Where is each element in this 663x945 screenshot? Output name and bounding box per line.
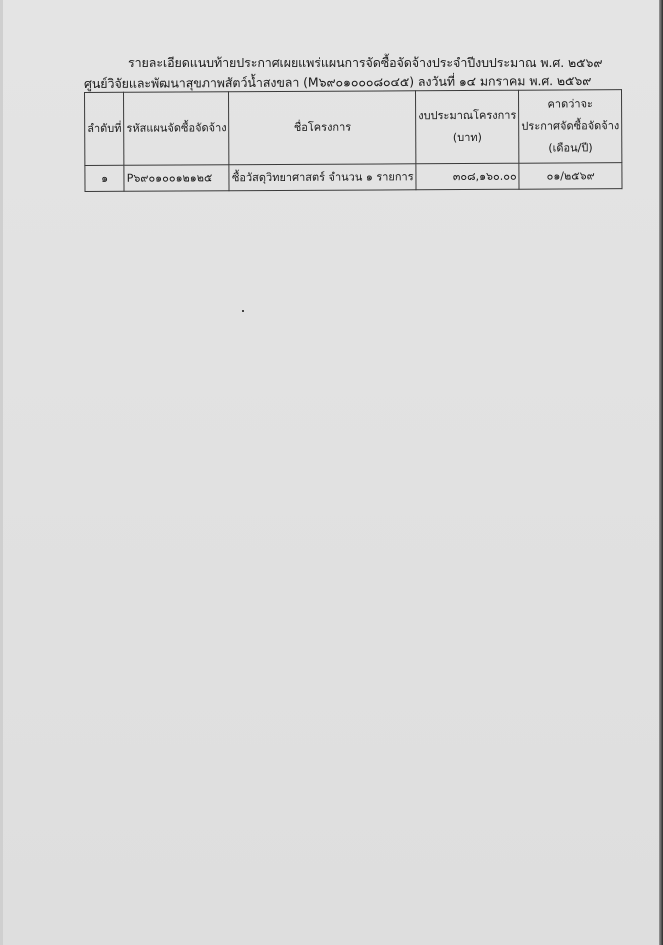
cell-seq: ๑ <box>85 165 124 191</box>
header-project-name: ชื่อโครงการ <box>229 91 416 165</box>
header-plan-code: รหัสแผนจัดซื้อจัดจ้าง <box>124 92 230 166</box>
header-budget: งบประมาณโครงการ (บาท) <box>416 90 519 164</box>
header-expected-line3: (เดือน/ปี) <box>521 137 619 160</box>
header-expected-line2: ประกาศจัดซื้อจัดจ้าง <box>521 115 619 138</box>
table-row: ๑ P๖๙๐๑๐๐๑๒๑๒๕ ซื้อวัสดุวิทยาศาสตร์ จำนว… <box>85 163 622 192</box>
header-budget-line2: (บาท) <box>418 127 516 150</box>
document-title: รายละเอียดแนบท้ายประกาศเผยแพร่แผนการจัดซ… <box>128 53 602 73</box>
header-expected-line1: คาดว่าจะ <box>521 93 619 116</box>
page-left-edge <box>0 0 3 945</box>
header-budget-line1: งบประมาณโครงการ <box>418 105 516 128</box>
procurement-plan-table: ลำดับที่ รหัสแผนจัดซื้อจัดจ้าง ชื่อโครงก… <box>84 89 623 192</box>
scan-speck <box>242 310 244 312</box>
header-expected-date: คาดว่าจะ ประกาศจัดซื้อจัดจ้าง (เดือน/ปี) <box>519 90 622 164</box>
document-page: รายละเอียดแนบท้ายประกาศเผยแพร่แผนการจัดซ… <box>0 0 663 945</box>
cell-expected-date: ๐๑/๒๕๖๙ <box>519 163 622 190</box>
page-right-edge <box>659 0 663 945</box>
header-seq: ลำดับที่ <box>85 92 125 165</box>
cell-budget: ๓๐๘,๑๖๐.๐๐ <box>416 163 519 190</box>
cell-plan-code: P๖๙๐๑๐๐๑๒๑๒๕ <box>124 165 229 192</box>
table-header-row: ลำดับที่ รหัสแผนจัดซื้อจัดจ้าง ชื่อโครงก… <box>85 90 622 166</box>
cell-project-name: ซื้อวัสดุวิทยาศาสตร์ จำนวน ๑ รายการ <box>229 164 416 191</box>
